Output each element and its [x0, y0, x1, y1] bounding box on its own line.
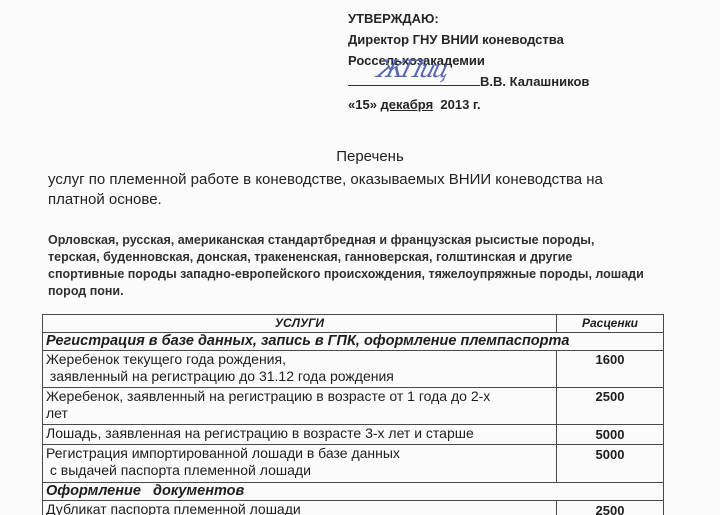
price-cell: 2500: [557, 388, 664, 425]
date-day: «15»: [348, 97, 377, 112]
service-cell: Регистрация импортированной лошади в баз…: [43, 445, 557, 483]
approval-heading: УТВЕРЖДАЮ:: [348, 8, 589, 29]
table-row: Жеребенок, заявленный на регистрацию в в…: [43, 388, 664, 425]
signature-underline: ЖПиц: [348, 71, 480, 86]
service-cell: Жеребенок, заявленный на регистрацию в в…: [43, 388, 557, 425]
approval-position: Директор ГНУ ВНИИ коневодства: [348, 29, 589, 50]
date-month: декабря: [381, 97, 434, 112]
service-text: с выдачей паспорта племенной лошади: [46, 462, 553, 479]
signatory-name: В.В. Калашников: [480, 74, 589, 89]
header-services: УСЛУГИ: [43, 315, 557, 333]
section-title: Оформление документов: [43, 483, 664, 501]
service-text: Дубликат паспорта племенной лошади: [46, 501, 553, 515]
service-text: Лошадь, заявленная на регистрацию в возр…: [46, 425, 553, 442]
table-header-row: УСЛУГИ Расценки: [43, 315, 664, 333]
service-text: Жеребенок, заявленный на регистрацию в в…: [46, 388, 553, 405]
approval-block: УТВЕРЖДАЮ: Директор ГНУ ВНИИ коневодства…: [348, 8, 589, 115]
breeds-paragraph: Орловская, русская, американская стандар…: [48, 232, 648, 300]
price-cell: 5000: [557, 425, 664, 445]
signature-line: ЖПиц В.В. Калашников: [348, 71, 589, 94]
service-text: Регистрация импортированной лошади в баз…: [46, 445, 553, 462]
service-text: лет: [46, 405, 553, 422]
service-cell: Жеребенок текущего года рождения, заявле…: [43, 351, 557, 388]
price-cell: 5000: [557, 445, 664, 483]
handwritten-signature: ЖПиц: [375, 59, 449, 80]
section-title: Регистрация в базе данных, запись в ГПК,…: [43, 333, 664, 351]
document-subtitle: услуг по племенной работе в коневодстве,…: [48, 170, 648, 210]
price-cell: 1600: [557, 351, 664, 388]
service-cell: Лошадь, заявленная на регистрацию в возр…: [43, 425, 557, 445]
table-row: Жеребенок текущего года рождения, заявле…: [43, 351, 664, 388]
table-row: Лошадь, заявленная на регистрацию в возр…: [43, 425, 664, 445]
service-text: заявленный на регистрацию до 31.12 года …: [46, 368, 553, 385]
approval-date: «15» декабря 2013 г.: [348, 94, 589, 115]
section-row: Оформление документов: [43, 483, 664, 501]
document-title: Перечень: [0, 148, 720, 165]
services-price-table: УСЛУГИ Расценки Регистрация в базе данны…: [42, 314, 664, 515]
header-price: Расценки: [557, 315, 664, 333]
table-row: Дубликат паспорта племенной лошади 2500: [43, 501, 664, 515]
date-year: 2013 г.: [440, 97, 480, 112]
service-cell: Дубликат паспорта племенной лошади: [43, 501, 557, 515]
table-row: Регистрация импортированной лошади в баз…: [43, 445, 664, 483]
service-text: Жеребенок текущего года рождения,: [46, 351, 553, 368]
price-cell: 2500: [557, 501, 664, 515]
section-row: Регистрация в базе данных, запись в ГПК,…: [43, 333, 664, 351]
